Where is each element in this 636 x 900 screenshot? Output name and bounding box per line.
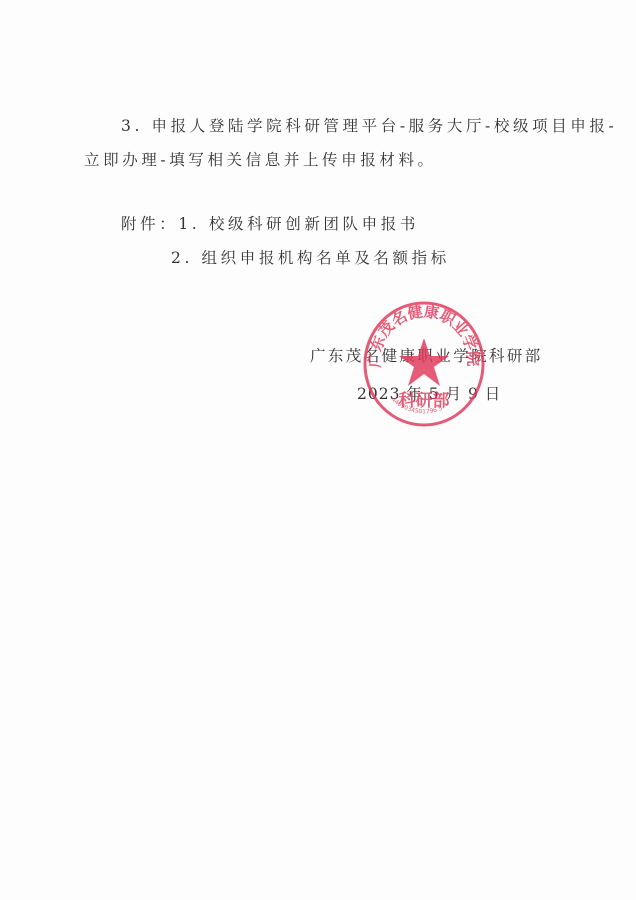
signature-date: 2023 年 5 月 9 日	[357, 384, 501, 404]
attachment-item-1: 附件：1. 校级科研创新团队申报书	[121, 214, 419, 234]
attachment-item-1-text: 1. 校级科研创新团队申报书	[178, 215, 419, 233]
paragraph-3-line-2: 立即办理-填写相关信息并上传申报材料。	[84, 150, 437, 170]
attachments-label: 附件：	[121, 215, 178, 233]
document-page: 3. 申报人登陆学院科研管理平台-服务大厅-校级项目申报- 立即办理-填写相关信…	[0, 0, 636, 900]
attachment-item-2: 2. 组织申报机构名单及名额指标	[171, 248, 450, 268]
signature-organization: 广东茂名健康职业学院科研部	[310, 346, 543, 366]
paragraph-3-line-1: 3. 申报人登陆学院科研管理平台-服务大厅-校级项目申报-	[121, 116, 617, 136]
